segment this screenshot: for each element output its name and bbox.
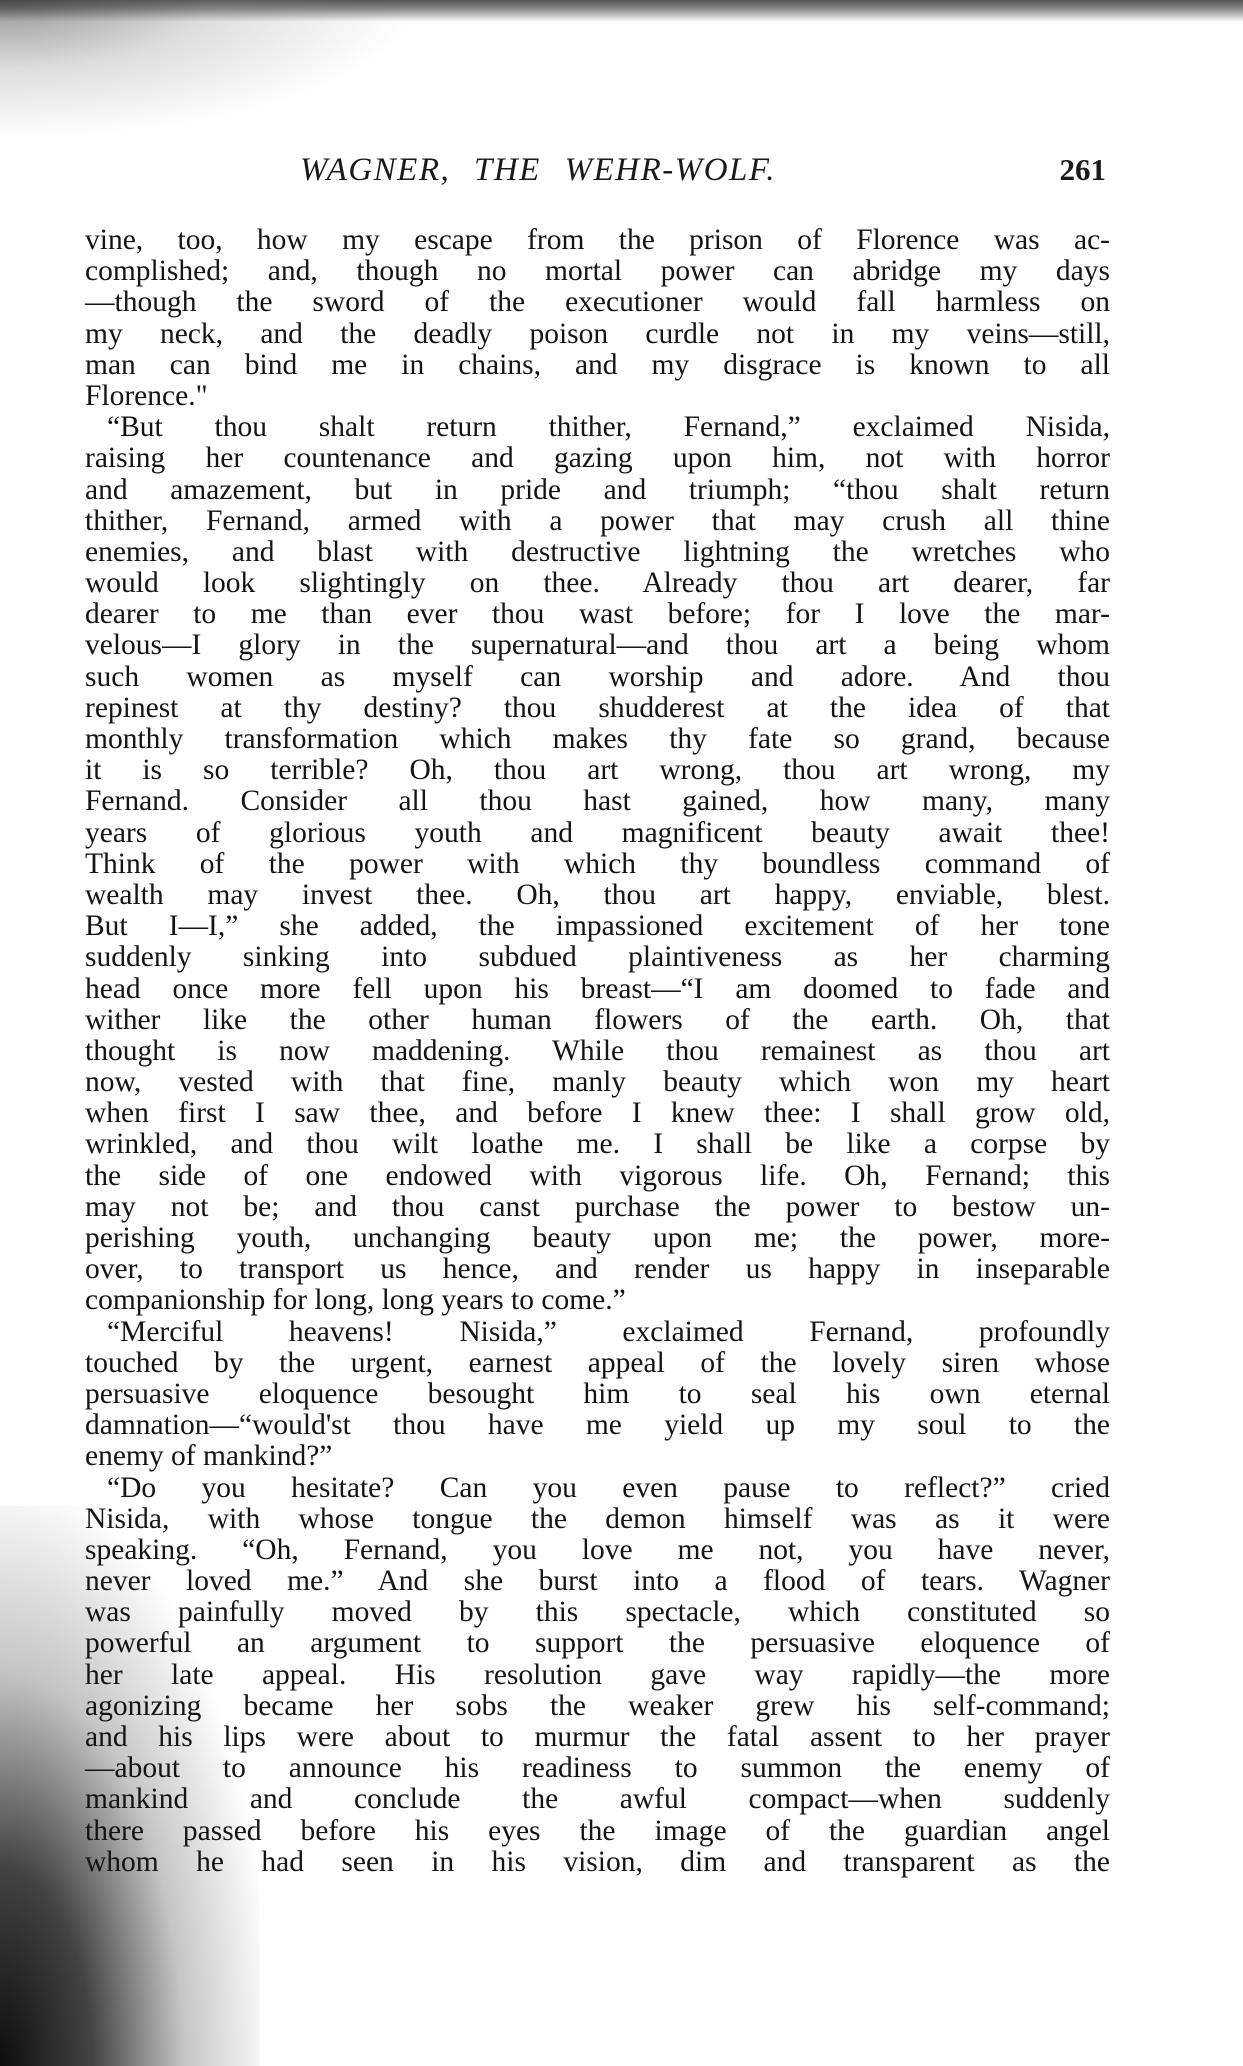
- text-line: such women as myself can worship and ado…: [85, 662, 1110, 693]
- text-line: complished; and, though no mortal power …: [85, 256, 1110, 287]
- text-line: years of glorious youth and magnificent …: [85, 818, 1110, 849]
- text-line: Florence.": [85, 381, 1110, 412]
- text-line: powerful an argument to support the pers…: [85, 1628, 1110, 1659]
- text-line: But I—I,” she added, the impassioned exc…: [85, 911, 1110, 942]
- scan-edge-shadow-topleft: [0, 0, 420, 140]
- text-line: —about to announce his readiness to summ…: [85, 1753, 1110, 1784]
- text-line: “But thou shalt return thither, Fernand,…: [85, 412, 1110, 443]
- text-line: “Do you hesitate? Can you even pause to …: [85, 1473, 1110, 1504]
- text-line: and his lips were about to murmur the fa…: [85, 1722, 1110, 1753]
- text-line: dearer to me than ever thou wast before;…: [85, 599, 1110, 630]
- text-line: my neck, and the deadly poison curdle no…: [85, 319, 1110, 350]
- text-line: enemies, and blast with destructive ligh…: [85, 537, 1110, 568]
- text-line: Fernand. Consider all thou hast gained, …: [85, 786, 1110, 817]
- page-number: 261: [1060, 152, 1107, 188]
- text-line: may not be; and thou canst purchase the …: [85, 1192, 1110, 1223]
- running-title: WAGNER, THE WEHR-WOLF.: [300, 152, 776, 189]
- text-line: “Merciful heavens! Nisida,” exclaimed Fe…: [85, 1317, 1110, 1348]
- text-line: head once more fell upon his breast—“I a…: [85, 974, 1110, 1005]
- text-line: there passed before his eyes the image o…: [85, 1816, 1110, 1847]
- page-header: WAGNER, THE WEHR-WOLF. 261: [300, 152, 1120, 192]
- text-line: monthly transformation which makes thy f…: [85, 724, 1110, 755]
- text-line: velous—I glory in the supernatural—and t…: [85, 630, 1110, 661]
- text-line: agonizing became her sobs the weaker gre…: [85, 1691, 1110, 1722]
- text-line: Nisida, with whose tongue the demon hims…: [85, 1504, 1110, 1535]
- text-line: touched by the urgent, earnest appeal of…: [85, 1348, 1110, 1379]
- text-line: never loved me.” And she burst into a fl…: [85, 1566, 1110, 1597]
- text-line: mankind and conclude the awful compact—w…: [85, 1784, 1110, 1815]
- text-line: and amazement, but in pride and triumph;…: [85, 475, 1110, 506]
- text-line: thither, Fernand, armed with a power tha…: [85, 506, 1110, 537]
- text-line: over, to transport us hence, and render …: [85, 1254, 1110, 1285]
- text-line: raising her countenance and gazing upon …: [85, 443, 1110, 474]
- text-line: when first I saw thee, and before I knew…: [85, 1098, 1110, 1129]
- text-line: man can bind me in chains, and my disgra…: [85, 350, 1110, 381]
- text-line: whom he had seen in his vision, dim and …: [85, 1847, 1110, 1878]
- text-line: suddenly sinking into subdued plaintiven…: [85, 942, 1110, 973]
- text-line: wealth may invest thee. Oh, thou art hap…: [85, 880, 1110, 911]
- text-line: her late appeal. His resolution gave way…: [85, 1660, 1110, 1691]
- text-line: repinest at thy destiny? thou shudderest…: [85, 693, 1110, 724]
- text-line: was painfully moved by this spectacle, w…: [85, 1597, 1110, 1628]
- text-line: it is so terrible? Oh, thou art wrong, t…: [85, 755, 1110, 786]
- text-line: the side of one endowed with vigorous li…: [85, 1161, 1110, 1192]
- text-line: would look slightingly on thee. Already …: [85, 568, 1110, 599]
- text-line: speaking. “Oh, Fernand, you love me not,…: [85, 1535, 1110, 1566]
- text-line: companionship for long, long years to co…: [85, 1285, 1110, 1316]
- text-line: thought is now maddening. While thou rem…: [85, 1036, 1110, 1067]
- text-line: vine, too, how my escape from the prison…: [85, 225, 1110, 256]
- text-line: Think of the power with which thy boundl…: [85, 849, 1110, 880]
- text-line: —though the sword of the executioner wou…: [85, 287, 1110, 318]
- text-line: wither like the other human flowers of t…: [85, 1005, 1110, 1036]
- text-line: enemy of mankind?”: [85, 1441, 1110, 1472]
- body-text: vine, too, how my escape from the prison…: [85, 225, 1110, 1878]
- text-line: persuasive eloquence besought him to sea…: [85, 1379, 1110, 1410]
- text-line: perishing youth, unchanging beauty upon …: [85, 1223, 1110, 1254]
- text-line: now, vested with that fine, manly beauty…: [85, 1067, 1110, 1098]
- text-line: wrinkled, and thou wilt loathe me. I sha…: [85, 1129, 1110, 1160]
- text-line: damnation—“would'st thou have me yield u…: [85, 1410, 1110, 1441]
